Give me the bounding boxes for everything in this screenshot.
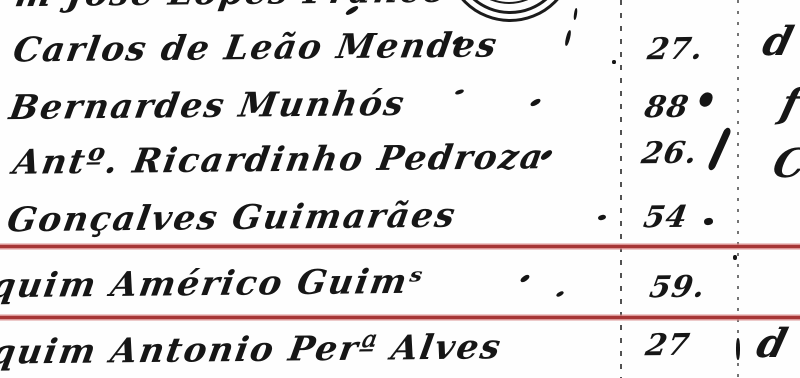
ink-speck [707,127,732,172]
right-margin-fragment: d [758,18,798,65]
ink-speck [455,89,465,96]
ink-speck [529,98,541,108]
ink-speck [564,30,572,46]
register-row-name: Antº. Ricardinho Pedroza [10,137,548,183]
ink-speck [703,217,713,225]
right-margin-fragment: C [768,140,800,187]
ink-speck [597,214,606,221]
register-row-age: 27. [645,32,706,68]
ink-speck [573,8,578,20]
ink-speck [736,338,740,360]
ink-speck [519,274,530,284]
register-row-age: 54 [641,200,691,235]
ink-speck [612,60,616,64]
column-rule-left [620,0,622,378]
right-margin-fragment: f [776,80,800,127]
register-row-age: 27 [643,328,693,363]
register-row-name: Carlos de Leão Mendes [10,25,501,70]
register-row-name: Gonçalves Guimarães [4,196,459,241]
register-row-age: 59. [647,270,708,306]
ink-speck [733,255,737,260]
register-row-name: quim Antonio Perª Alves [0,327,505,372]
column-rule-right [737,0,739,378]
highlight-line-top [0,245,800,248]
highlight-line-bottom [0,316,800,319]
register-row-age: 26. [639,136,700,172]
right-margin-fragment: d [752,320,792,367]
register-row-name: quim Américo Guimˢ [0,262,427,307]
scanned-register-page: m José Lopes Franco Carlos de Leão Mende… [0,0,800,378]
ink-speck [698,90,714,108]
register-row-name: Bernardes Munhós [6,84,408,128]
register-row-age: 88 [642,90,692,125]
register-row-name: m José Lopes Franco [12,0,451,15]
ink-speck [556,290,565,297]
